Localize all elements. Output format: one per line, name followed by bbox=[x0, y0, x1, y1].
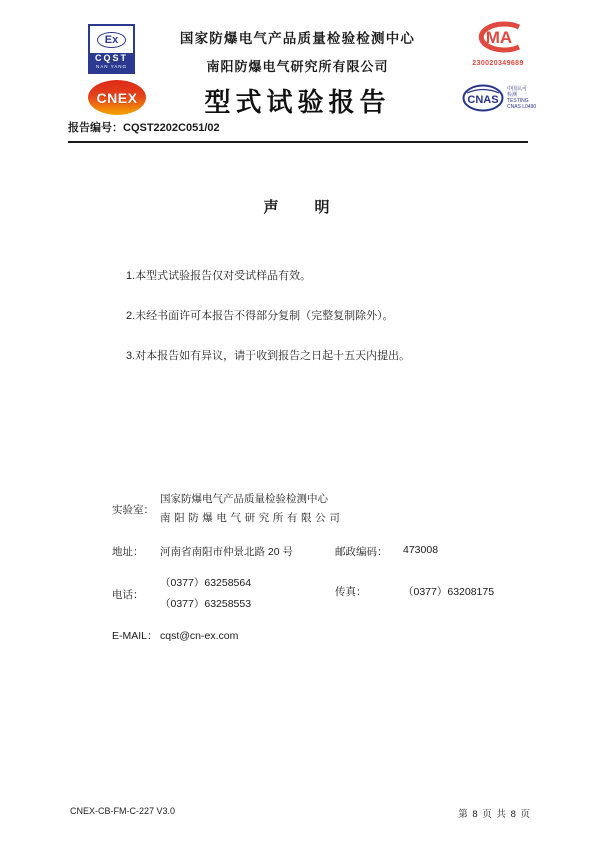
email-row: E-MAIL：cqst@cn-ex.com bbox=[112, 628, 545, 643]
cqst-logo-subtext: NAN YANG bbox=[90, 64, 133, 72]
cma-mark-icon: MA bbox=[468, 20, 528, 54]
laboratory-name-line2: 南阳防爆电气研究所有限公司 bbox=[160, 509, 343, 528]
cnas-side-text: 中国认可 检测 TESTING CNAS L0490 bbox=[507, 86, 536, 110]
telephone-line2: （0377）63258553 bbox=[160, 594, 251, 615]
declaration-item: 3.对本报告如有异议，请于收到报告之日起十五天内提出。 bbox=[126, 350, 525, 363]
cma-certificate-number: 230020349689 bbox=[466, 60, 530, 67]
cqst-logo-name: CQST bbox=[90, 53, 133, 64]
address-row: 地址：河南省南阳市仲景北路 20 号 邮政编码： 473008 bbox=[112, 544, 545, 559]
zip-value: 473008 bbox=[403, 544, 438, 556]
telephone-values: （0377）63258564 （0377）63258553 bbox=[160, 573, 251, 615]
cma-logo: MA 230020349689 bbox=[466, 20, 530, 67]
laboratory-name-value: 国家防爆电气产品质量检验检测中心 南阳防爆电气研究所有限公司 bbox=[160, 490, 343, 528]
cnas-side-line: CNAS L0490 bbox=[507, 104, 536, 110]
svg-text:MA: MA bbox=[486, 28, 512, 47]
laboratory-name-row: 实验室： 国家防爆电气产品质量检验检测中心 南阳防爆电气研究所有限公司 bbox=[112, 490, 545, 528]
report-page: Ex CQST NAN YANG 国家防爆电气产品质量检验检测中心 南阳防爆电气… bbox=[0, 0, 595, 842]
header-org-names: 国家防爆电气产品质量检验检测中心 南阳防爆电气研究所有限公司 bbox=[140, 27, 455, 75]
telephone-line1: （0377）63258564 bbox=[160, 573, 251, 594]
declaration-item: 1.本型式试验报告仅对受试样品有效。 bbox=[126, 270, 525, 283]
declaration-title: 声 明 bbox=[0, 196, 595, 217]
cqst-ex-mark: Ex bbox=[90, 26, 133, 53]
address-value: 河南省南阳市仲景北路 20 号 bbox=[160, 546, 293, 558]
report-number-row: 报告编号：CQST2202C051/02 bbox=[68, 119, 528, 143]
report-number-value: CQST2202C051/02 bbox=[123, 122, 220, 134]
declaration-item: 2.未经书面许可本报告不得部分复制（完整复制除外）。 bbox=[126, 310, 525, 323]
cnas-logo: CNAS 中国认可 检测 TESTING CNAS L0490 bbox=[462, 84, 536, 112]
fax-value: （0377）63208175 bbox=[403, 584, 494, 599]
laboratory-info-block: 实验室： 国家防爆电气产品质量检验检测中心 南阳防爆电气研究所有限公司 地址：河… bbox=[112, 490, 545, 643]
telephone-row: 电话： （0377）63258564 （0377）63258553 传真： （0… bbox=[112, 573, 545, 615]
org-name-line2: 南阳防爆电气研究所有限公司 bbox=[140, 56, 455, 75]
fax-label: 传真： bbox=[335, 584, 367, 599]
email-label: E-MAIL： bbox=[112, 628, 160, 643]
report-number-label: 报告编号： bbox=[68, 122, 123, 134]
ex-oval-icon: Ex bbox=[97, 32, 126, 48]
cqst-ex-logo-icon: Ex CQST NAN YANG bbox=[88, 24, 135, 74]
laboratory-label: 实验室： bbox=[112, 502, 160, 517]
laboratory-name-line1: 国家防爆电气产品质量检验检测中心 bbox=[160, 490, 343, 509]
telephone-label: 电话： bbox=[112, 587, 160, 602]
footer-document-code: CNEX-CB-FM-C-227 V3.0 bbox=[70, 806, 175, 816]
email-value: cqst@cn-ex.com bbox=[160, 630, 238, 642]
zip-label: 邮政编码： bbox=[335, 544, 388, 559]
declaration-list: 1.本型式试验报告仅对受试样品有效。 2.未经书面许可本报告不得部分复制（完整复… bbox=[126, 270, 525, 390]
address-label: 地址： bbox=[112, 544, 160, 559]
cnas-mark-icon: CNAS bbox=[462, 84, 504, 112]
footer-page-number: 第 8 页 共 8 页 bbox=[458, 806, 531, 820]
svg-text:CNAS: CNAS bbox=[467, 94, 498, 106]
org-name-line1: 国家防爆电气产品质量检验检测中心 bbox=[140, 27, 455, 47]
